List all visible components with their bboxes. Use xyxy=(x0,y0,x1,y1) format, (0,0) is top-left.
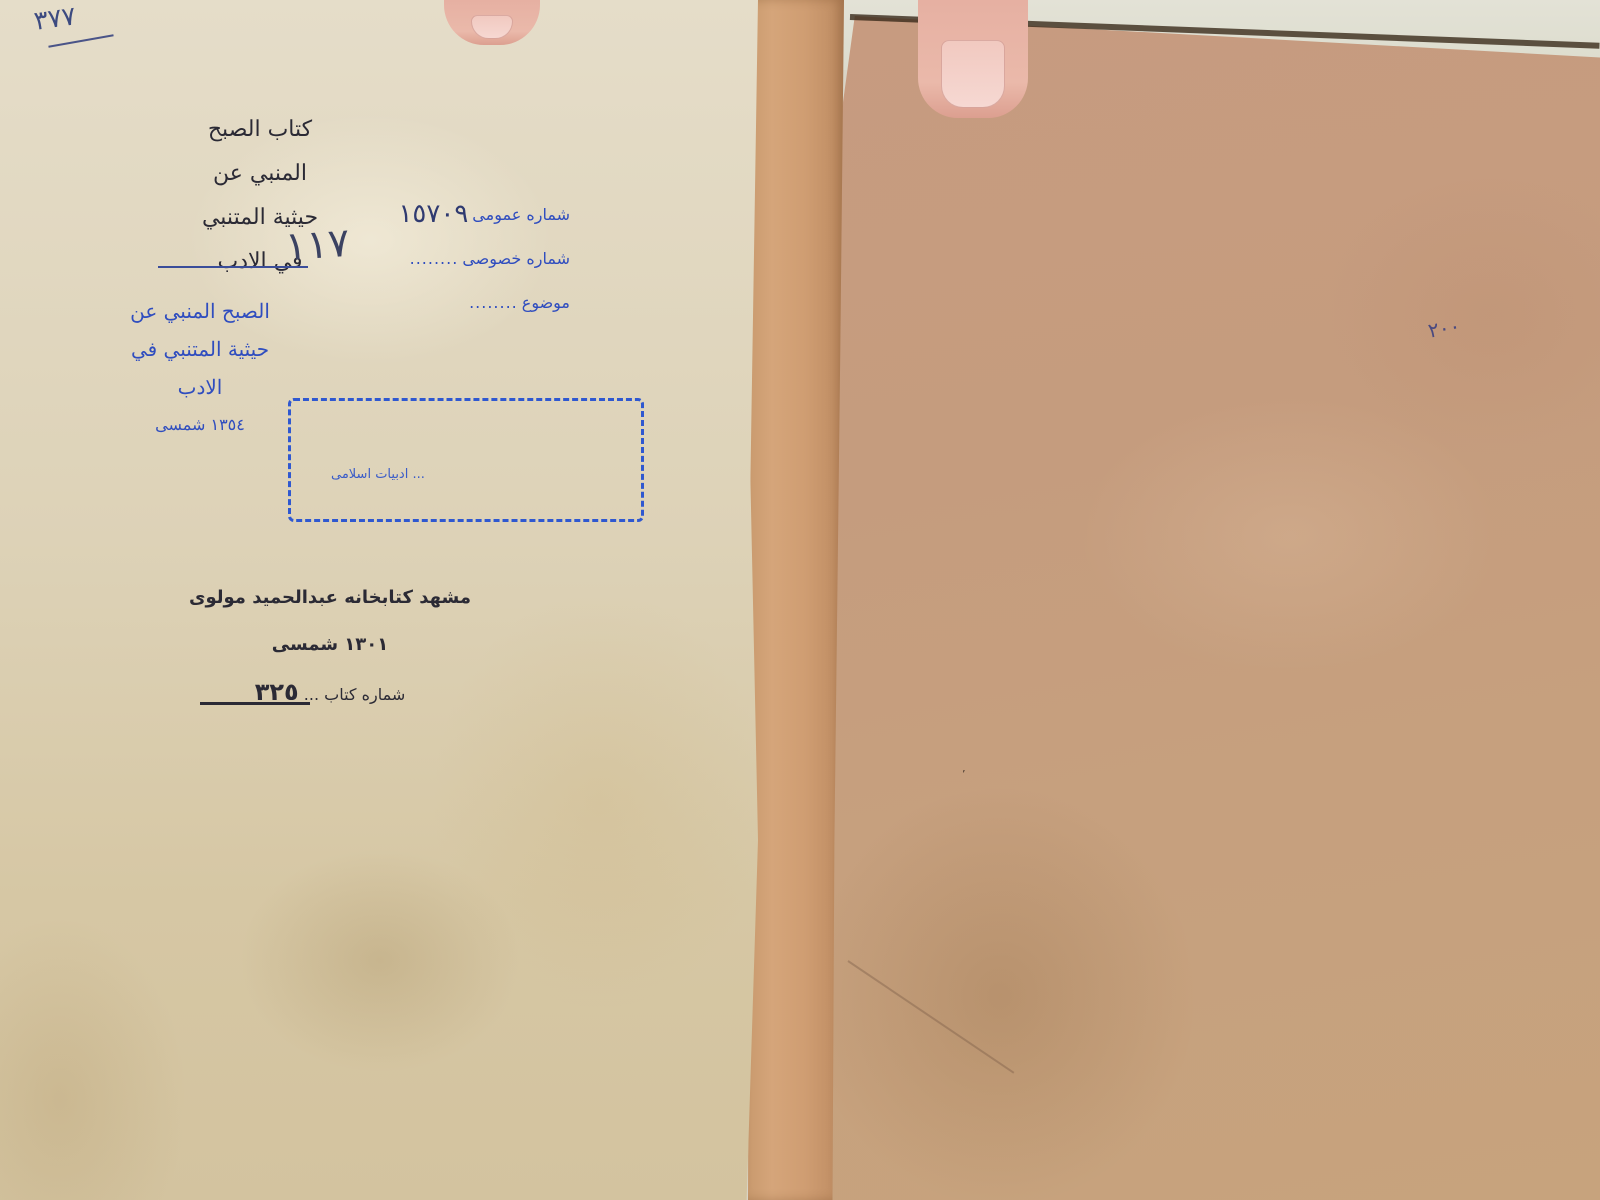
spine-flyleaf-strip xyxy=(748,0,844,1200)
blue-note-line-2: حيثية المتنبي في الادب xyxy=(110,330,290,406)
title-line-1: كتاب الصبح المنبي عن xyxy=(180,108,340,196)
blue-note-line-1: الصبح المنبي عن xyxy=(110,292,290,330)
general-number-row: شماره عمومی ١٥٧٠٩ xyxy=(370,192,570,236)
ink-speck: ٬ xyxy=(962,768,966,781)
inner-cover-board xyxy=(790,16,1600,1200)
specific-number-dots: ........ xyxy=(410,249,459,268)
fingernail-right xyxy=(941,40,1005,108)
specific-number-value: ١١٧ xyxy=(283,220,351,270)
book-number-underline xyxy=(200,702,310,705)
faded-rectangular-stamp: ... ادبیات اسلامی xyxy=(288,398,644,522)
general-number-label: شماره عمومی xyxy=(472,205,570,224)
subject-label: موضوع xyxy=(522,293,570,312)
registry-stamp: شماره عمومی ١٥٧٠٩ شماره خصوصی ........ م… xyxy=(370,192,570,324)
blue-ink-note: الصبح المنبي عن حيثية المتنبي في الادب ١… xyxy=(110,292,290,444)
stamp-text: ... ادبیات اسلامی xyxy=(331,467,425,482)
library-stamp: مشهد کتابخانه عبدالحمید مولوی ١٣٠١ شمسی … xyxy=(170,578,490,715)
specific-number-label: شماره خصوصی xyxy=(462,249,570,268)
blue-note-date: ١٣٥٤ شمسی xyxy=(110,406,290,444)
library-year: ١٣٠١ شمسی xyxy=(170,618,490,672)
book-number-label: شماره کتاب xyxy=(324,685,405,704)
subject-row: موضوع ........ xyxy=(370,280,570,324)
general-number-value: ١٥٧٠٩ xyxy=(398,199,468,229)
manuscript-photo: ٢٠٠ ٬ ٣٧٧ كتاب الصبح المنبي عن حيثية الم… xyxy=(0,0,1600,1200)
fingernail-left xyxy=(471,15,513,39)
shelf-number: ٣٧٧ xyxy=(32,1,78,37)
finger-right xyxy=(918,0,1028,118)
book-number-row: شماره کتاب ... ٣٢٥ xyxy=(170,672,490,715)
library-name: مشهد کتابخانه عبدالحمید مولوی xyxy=(170,578,490,618)
specific-number-row: شماره خصوصی ........ xyxy=(370,236,570,280)
subject-dots: ........ xyxy=(469,293,518,312)
